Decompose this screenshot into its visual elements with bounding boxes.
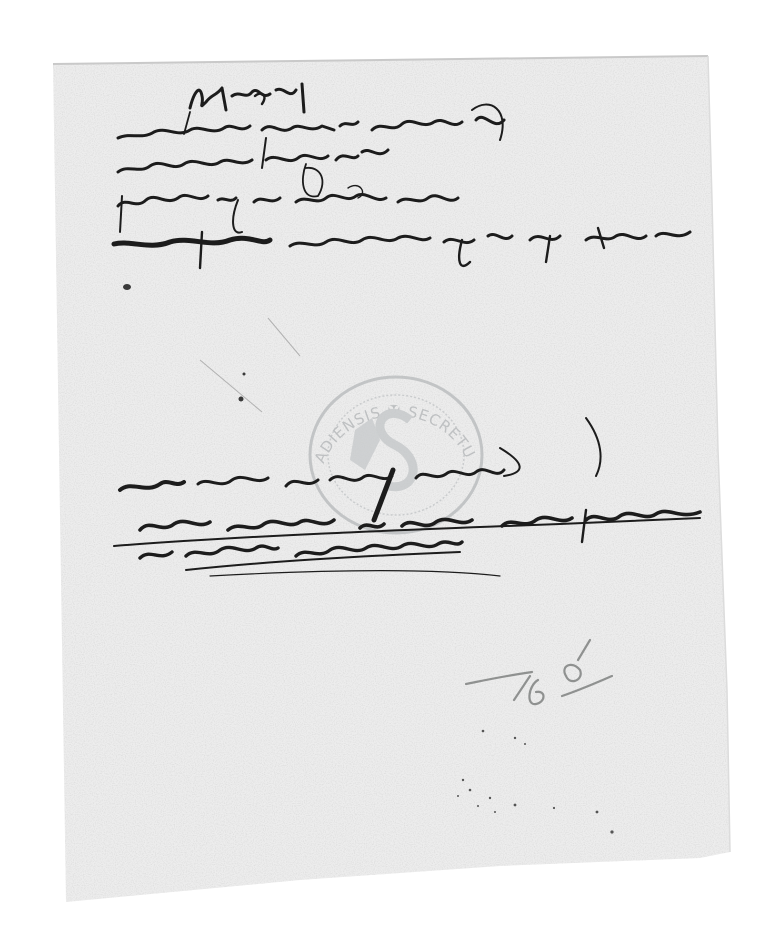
- manuscript-line-4: peltzum jt uß van d molen: [115, 185, 406, 210]
- manuscript-line-5: ... mechtmand myn p t hen: [115, 225, 414, 250]
- manuscript-line-8: gt hans genand: [138, 538, 310, 563]
- manuscript-line-2: marquard bucken dt wyn to: [115, 116, 425, 141]
- manuscript-line-7: berld muller yn myn te tom: [138, 505, 443, 530]
- seal-inscription: ADIENSIS ✠ SECRETU: [330, 440, 473, 454]
- manuscript-line-3: verachtlyn pong tese: [115, 150, 349, 175]
- folio-note: 76 d: [466, 660, 528, 693]
- manuscript-line-6: ande kerstp ... b d vrtu: [118, 465, 374, 490]
- manuscript-line-1: hilteradt gt t: [185, 82, 327, 107]
